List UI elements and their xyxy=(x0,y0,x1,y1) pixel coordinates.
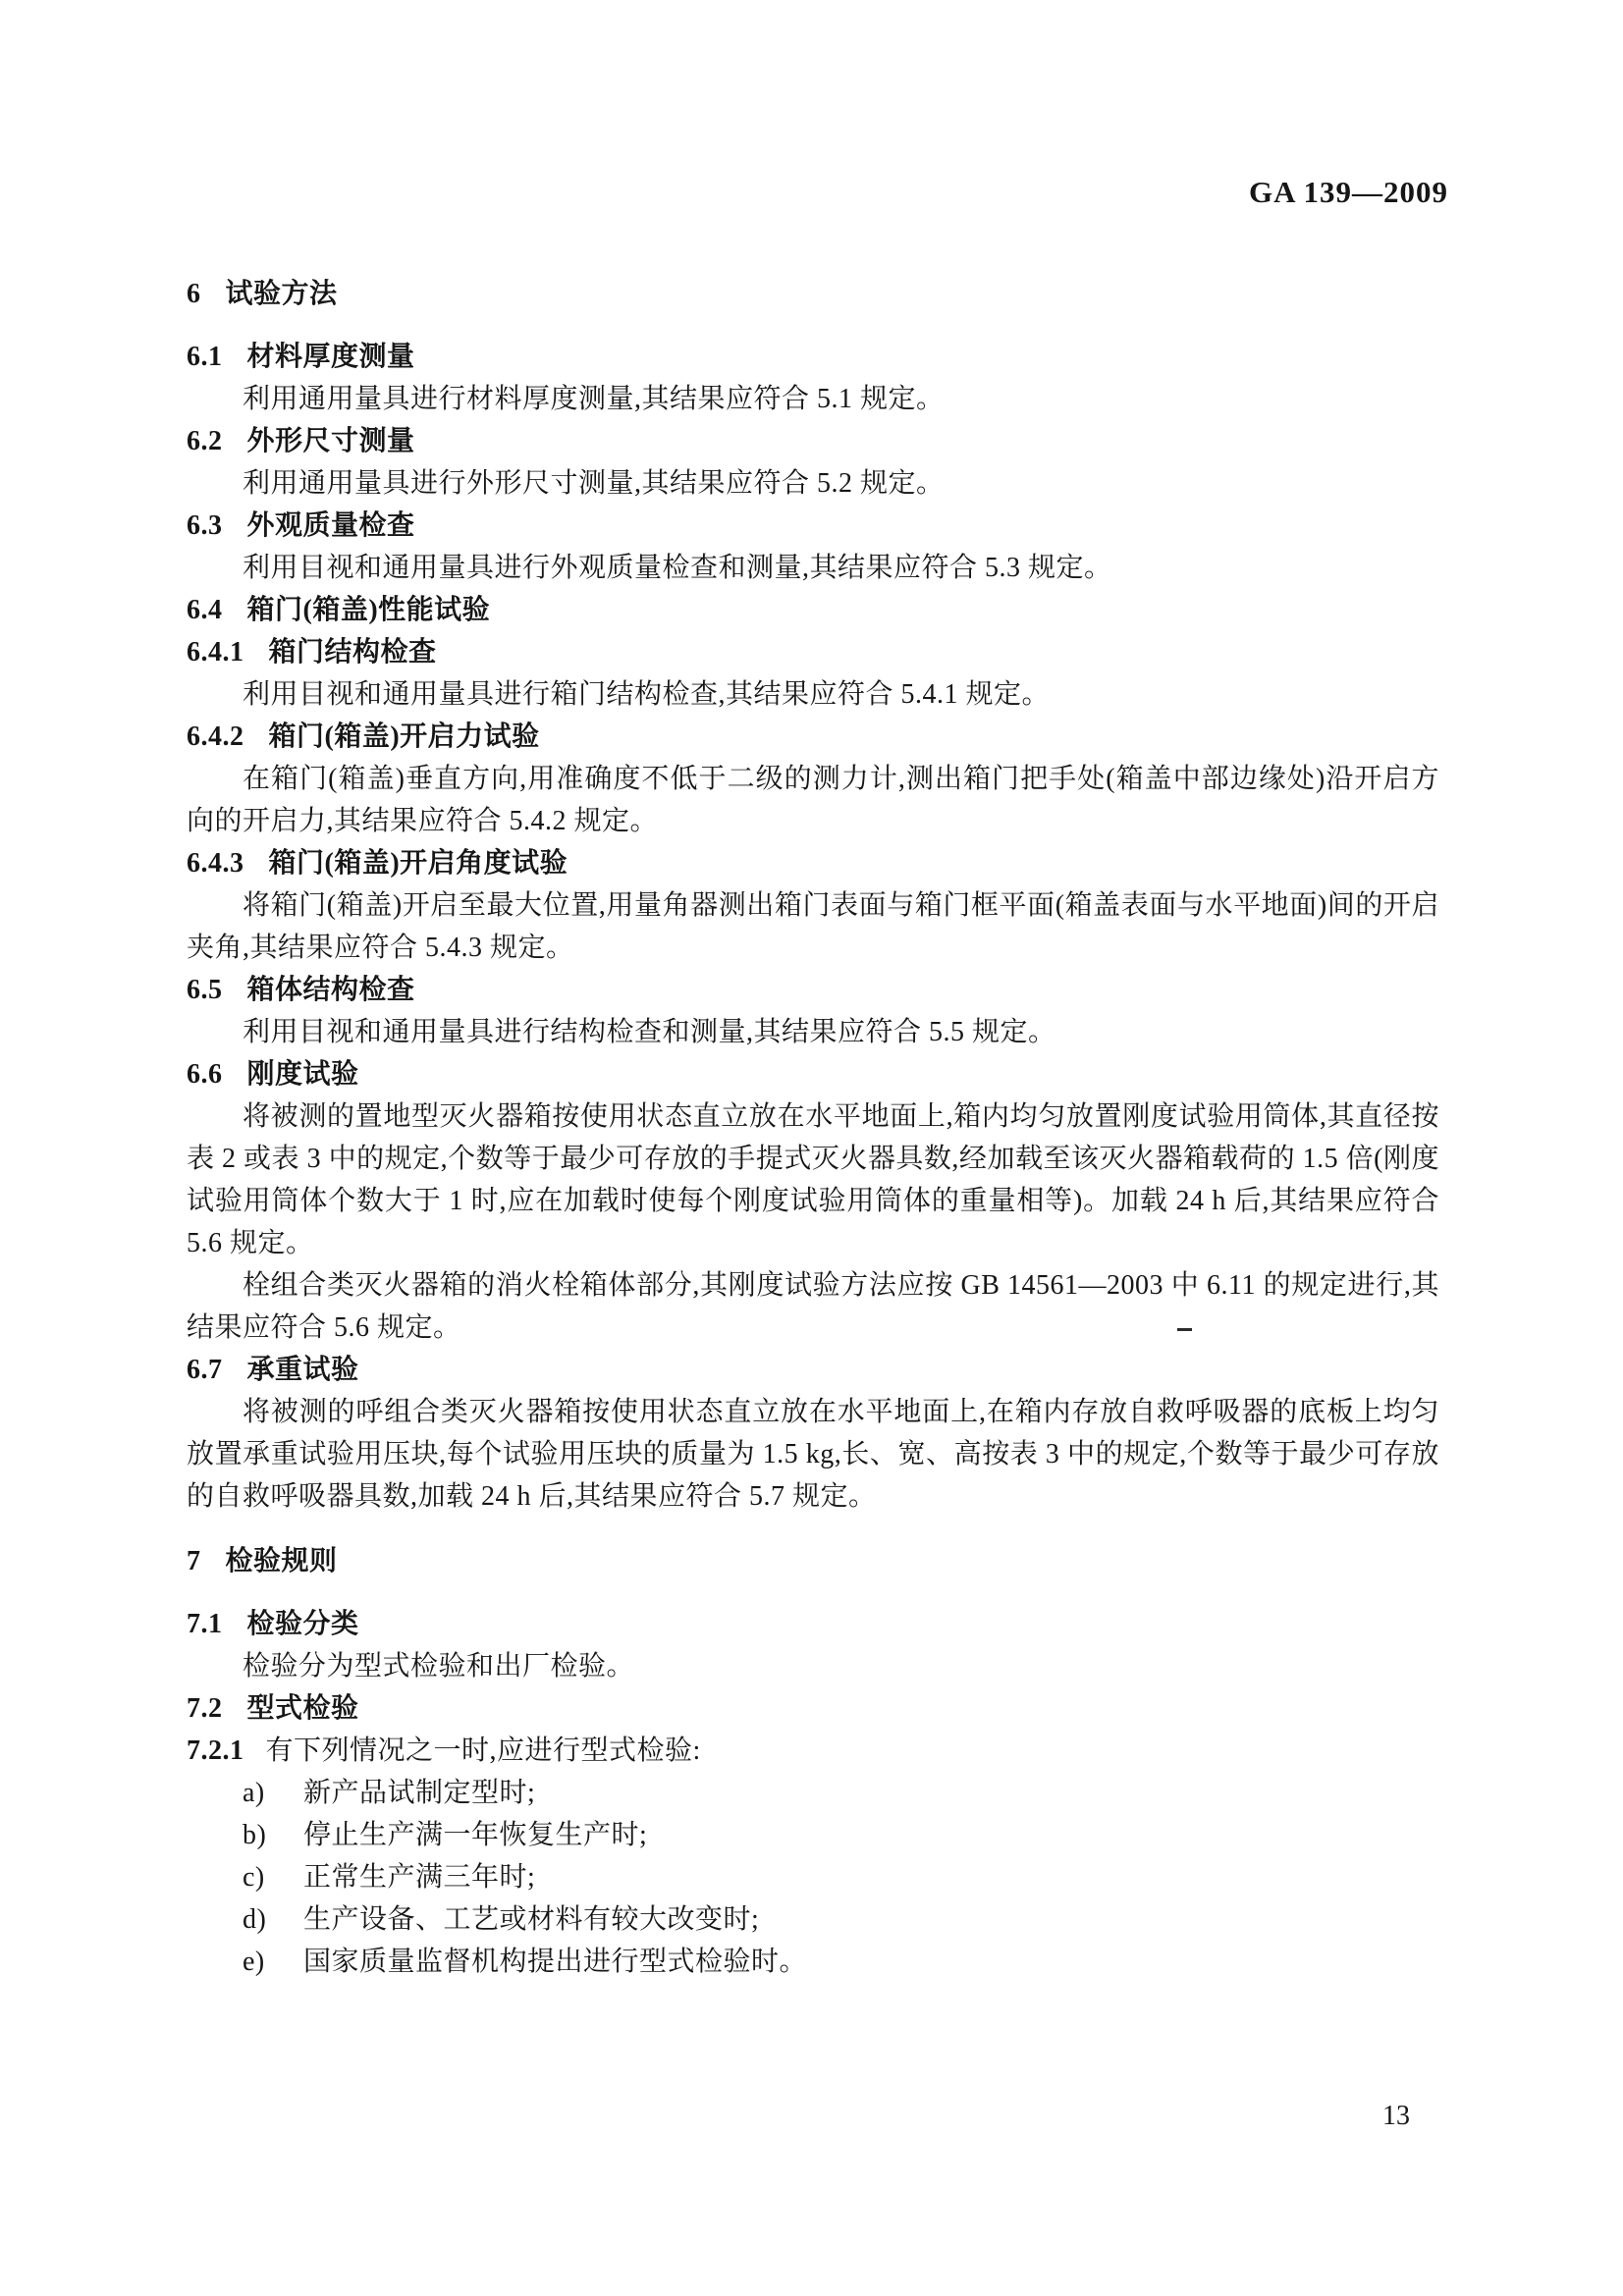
chapter-heading-7: 7检验规则 xyxy=(187,1540,1439,1582)
list-item-label: b) xyxy=(243,1814,303,1856)
clause-number: 7.2.1 xyxy=(187,1735,244,1766)
paragraph: 将箱门(箱盖)开启至最大位置,用量角器测出箱门表面与箱门框平面(箱盖表面与水平地… xyxy=(187,884,1439,969)
list-item: c)正常生产满三年时; xyxy=(187,1856,1439,1898)
section-heading-6-3: 6.3外观质量检查 xyxy=(187,505,1439,547)
chapter-title: 试验方法 xyxy=(226,279,338,309)
chapter-title: 检验规则 xyxy=(226,1546,338,1576)
standard-code: GA 139—2009 xyxy=(1249,175,1448,210)
chapter-number: 6 xyxy=(187,279,201,309)
section-heading-7-1: 7.1检验分类 xyxy=(187,1603,1439,1645)
section-number: 6.3 xyxy=(187,510,223,541)
section-heading-6-4: 6.4箱门(箱盖)性能试验 xyxy=(187,589,1439,631)
document-page: GA 139—2009 6试验方法 6.1材料厚度测量 利用通用量具进行材料厚度… xyxy=(0,0,1623,2296)
paragraph: 利用目视和通用量具进行箱门结构检查,其结果应符合 5.4.1 规定。 xyxy=(187,673,1439,716)
section-title: 刚度试验 xyxy=(247,1059,359,1090)
section-heading-6-7: 6.7承重试验 xyxy=(187,1349,1439,1391)
section-title: 箱门结构检查 xyxy=(269,637,437,667)
section-title: 箱门(箱盖)开启角度试验 xyxy=(269,848,568,879)
list-item-label: d) xyxy=(243,1898,303,1941)
list-item-text: 生产设备、工艺或材料有较大改变时; xyxy=(303,1904,759,1935)
section-title: 外观质量检查 xyxy=(247,510,415,541)
section-number: 6.5 xyxy=(187,975,223,1005)
section-title: 箱门(箱盖)性能试验 xyxy=(247,595,491,625)
list-item-label: c) xyxy=(243,1856,303,1898)
list-item-label: a) xyxy=(243,1772,303,1814)
chapter-number: 7 xyxy=(187,1546,201,1576)
section-heading-6-5: 6.5箱体结构检查 xyxy=(187,969,1439,1011)
section-heading-6-6: 6.6刚度试验 xyxy=(187,1053,1439,1095)
paragraph: 利用通用量具进行材料厚度测量,其结果应符合 5.1 规定。 xyxy=(187,378,1439,420)
paragraph: 利用目视和通用量具进行外观质量检查和测量,其结果应符合 5.3 规定。 xyxy=(187,547,1439,589)
clause-7-2-1: 7.2.1有下列情况之一时,应进行型式检验: xyxy=(187,1730,1439,1772)
list-item-text: 正常生产满三年时; xyxy=(303,1862,535,1893)
section-number: 6.6 xyxy=(187,1059,223,1090)
list-item-text: 新产品试制定型时; xyxy=(303,1778,535,1808)
section-title: 承重试验 xyxy=(247,1355,359,1385)
section-number: 7.2 xyxy=(187,1693,223,1724)
section-title: 外形尺寸测量 xyxy=(247,426,415,456)
section-heading-6-2: 6.2外形尺寸测量 xyxy=(187,420,1439,462)
page-number: 13 xyxy=(1382,2101,1410,2132)
paragraph: 将被测的置地型灭火器箱按使用状态直立放在水平地面上,箱内均匀放置刚度试验用筒体,… xyxy=(187,1095,1439,1264)
list-item: d)生产设备、工艺或材料有较大改变时; xyxy=(187,1898,1439,1941)
paragraph: 将被测的呼组合类灭火器箱按使用状态直立放在水平地面上,在箱内存放自救呼吸器的底板… xyxy=(187,1391,1439,1518)
list-item-label: e) xyxy=(243,1941,303,1983)
section-title: 箱体结构检查 xyxy=(247,975,415,1005)
paragraph: 栓组合类灭火器箱的消火栓箱体部分,其刚度试验方法应按 GB 14561—2003… xyxy=(187,1264,1439,1349)
section-heading-6-4-1: 6.4.1箱门结构检查 xyxy=(187,631,1439,673)
section-title: 材料厚度测量 xyxy=(247,342,415,372)
list-item-text: 国家质量监督机构提出进行型式检验时。 xyxy=(303,1947,807,1977)
section-number: 6.4.1 xyxy=(187,637,244,667)
section-number: 7.1 xyxy=(187,1609,223,1639)
section-number: 6.4.2 xyxy=(187,721,244,752)
list-item: a)新产品试制定型时; xyxy=(187,1772,1439,1814)
paragraph: 检验分为型式检验和出厂检验。 xyxy=(187,1645,1439,1687)
scan-artifact-mark xyxy=(1177,1328,1192,1331)
section-title: 箱门(箱盖)开启力试验 xyxy=(269,721,540,752)
paragraph: 利用通用量具进行外形尺寸测量,其结果应符合 5.2 规定。 xyxy=(187,462,1439,505)
section-heading-7-2: 7.2型式检验 xyxy=(187,1687,1439,1730)
section-heading-6-4-3: 6.4.3箱门(箱盖)开启角度试验 xyxy=(187,842,1439,884)
section-title: 型式检验 xyxy=(247,1693,359,1724)
clause-text: 有下列情况之一时,应进行型式检验: xyxy=(266,1735,701,1766)
section-heading-6-4-2: 6.4.2箱门(箱盖)开启力试验 xyxy=(187,716,1439,758)
list-item: e)国家质量监督机构提出进行型式检验时。 xyxy=(187,1941,1439,1983)
paragraph: 在箱门(箱盖)垂直方向,用准确度不低于二级的测力计,测出箱门把手处(箱盖中部边缘… xyxy=(187,758,1439,842)
section-number: 6.2 xyxy=(187,426,223,456)
section-heading-6-1: 6.1材料厚度测量 xyxy=(187,336,1439,378)
section-number: 6.7 xyxy=(187,1355,223,1385)
list-item: b)停止生产满一年恢复生产时; xyxy=(187,1814,1439,1856)
section-number: 6.1 xyxy=(187,342,223,372)
section-number: 6.4 xyxy=(187,595,223,625)
section-title: 检验分类 xyxy=(247,1609,359,1639)
list-item-text: 停止生产满一年恢复生产时; xyxy=(303,1820,647,1850)
section-number: 6.4.3 xyxy=(187,848,244,879)
document-body: 6试验方法 6.1材料厚度测量 利用通用量具进行材料厚度测量,其结果应符合 5.… xyxy=(187,273,1439,1983)
chapter-heading-6: 6试验方法 xyxy=(187,273,1439,315)
paragraph: 利用目视和通用量具进行结构检查和测量,其结果应符合 5.5 规定。 xyxy=(187,1011,1439,1053)
